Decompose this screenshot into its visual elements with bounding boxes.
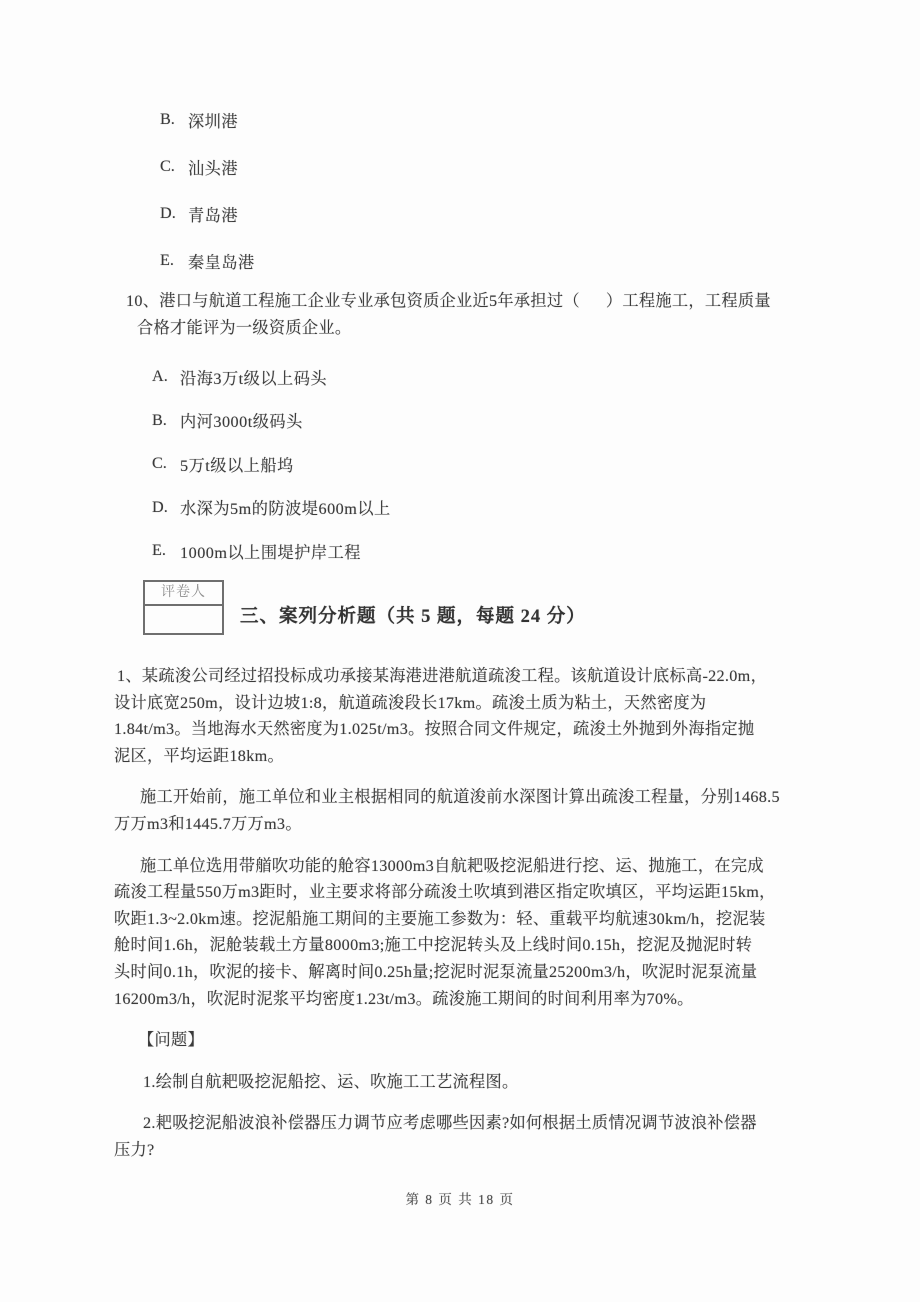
- exam-page: B. 深圳港 C. 汕头港 D. 青岛港 E. 秦皇岛港 10、港口与航道工程施…: [0, 0, 920, 1302]
- section-title: 三、案列分析题（共 5 题，每题 24 分）: [240, 602, 586, 632]
- text-line: 施工开始前，施工单位和业主根据相同的航道浚前水深图计算出疏浚工程量，分别1468…: [114, 784, 814, 811]
- text-line: 1.绘制自航耙吸挖泥船挖、运、吹施工工艺流程图。: [114, 1069, 814, 1096]
- option-letter: C.: [152, 454, 180, 473]
- option-row-b: B. 深圳港: [160, 96, 255, 143]
- question-10-stem-line-2: 合格才能评为一级资质企业。: [123, 315, 823, 342]
- option-text: 沿海3万t级以上码头: [180, 365, 327, 389]
- text-line: 泥区，平均运距18km。: [114, 743, 814, 770]
- text-line: 施工单位选用带艏吹功能的舱容13000m3自航耙吸挖泥船进行挖、运、抛施工，在完…: [114, 853, 814, 880]
- option-text: 汕头港: [188, 155, 238, 179]
- option-row-a: A. 沿海3万t级以上码头: [152, 355, 391, 399]
- option-letter: A.: [152, 367, 180, 386]
- text-line: 舱时间1.6h，泥舱装载土方量8000m3;施工中挖泥转头及上线时间0.15h，…: [114, 932, 814, 959]
- option-text: 青岛港: [188, 202, 238, 226]
- case-question-1: 1、某疏浚公司经过招投标成功承接某海港进港航道疏浚工程。该航道设计底标高-22.…: [114, 663, 814, 1179]
- option-letter: E.: [152, 541, 180, 560]
- text-line: 1、某疏浚公司经过招投标成功承接某海港进港航道疏浚工程。该航道设计底标高-22.…: [114, 663, 814, 690]
- text-line: 1.84t/m3。当地海水天然密度为1.025t/m3。按照合同文件规定，疏浚土…: [114, 716, 814, 743]
- option-row-e: E. 1000m以上围堤护岸工程: [152, 529, 391, 573]
- option-row-b: B. 内河3000t级码头: [152, 399, 391, 443]
- option-letter: C.: [160, 157, 188, 176]
- question-10-options: A. 沿海3万t级以上码头 B. 内河3000t级码头 C. 5万t级以上船坞 …: [152, 355, 391, 573]
- option-row-e: E. 秦皇岛港: [160, 237, 255, 284]
- case-paragraph-2: 施工开始前，施工单位和业主根据相同的航道浚前水深图计算出疏浚工程量，分别1468…: [114, 784, 814, 837]
- question-10-stem: 10、港口与航道工程施工企业专业承包资质企业近5年承担过（ ）工程施工，工程质量…: [123, 288, 823, 341]
- option-text: 深圳港: [188, 108, 238, 132]
- grader-score-cell: [145, 606, 222, 633]
- text-line: 设计底宽250m，设计边坡1:8，航道疏浚段长17km。疏浚土质为粘土，天然密度…: [114, 690, 814, 717]
- option-letter: B.: [160, 110, 188, 129]
- text-line: 16200m3/h，吹泥时泥浆平均密度1.23t/m3。疏浚施工期间的时间利用率…: [114, 986, 814, 1013]
- text-line: 头时间0.1h，吹泥的接卡、解离时间0.25h量;挖泥时泥泵流量25200m3/…: [114, 959, 814, 986]
- text-line: 万万m3和1445.7万万m3。: [114, 811, 814, 838]
- problem-header: 【问题】: [114, 1027, 814, 1054]
- page-number: 第 8 页 共 18 页: [0, 1190, 920, 1210]
- case-paragraph-1: 1、某疏浚公司经过招投标成功承接某海港进港航道疏浚工程。该航道设计底标高-22.…: [114, 663, 814, 769]
- option-text: 5万t级以上船坞: [180, 452, 294, 476]
- text-line: 压力?: [114, 1137, 814, 1164]
- text-line: 2.耙吸挖泥船波浪补偿器压力调节应考虑哪些因素?如何根据土质情况调节波浪补偿器: [114, 1110, 814, 1137]
- option-row-d: D. 水深为5m的防波堤600m以上: [152, 486, 391, 530]
- case-paragraph-3: 施工单位选用带艏吹功能的舱容13000m3自航耙吸挖泥船进行挖、运、抛施工，在完…: [114, 853, 814, 1013]
- text-line: 疏浚工程量550万m3距时，业主要求将部分疏浚土吹填到港区指定吹填区，平均运距1…: [114, 879, 814, 906]
- grader-label: 评卷人: [145, 582, 222, 606]
- question-10-stem-line-1: 10、港口与航道工程施工企业专业承包资质企业近5年承担过（ ）工程施工，工程质量: [123, 288, 823, 315]
- text-line: 吹距1.3~2.0km速。挖泥船施工期间的主要施工参数为：轻、重载平均航速30k…: [114, 906, 814, 933]
- option-text: 秦皇岛港: [188, 249, 255, 273]
- option-letter: E.: [160, 251, 188, 270]
- option-letter: D.: [160, 204, 188, 223]
- option-text: 内河3000t级码头: [180, 408, 303, 432]
- option-row-d: D. 青岛港: [160, 190, 255, 237]
- sub-question-1: 1.绘制自航耙吸挖泥船挖、运、吹施工工艺流程图。: [114, 1069, 814, 1096]
- grader-score-box: 评卷人: [143, 580, 224, 635]
- option-row-c: C. 汕头港: [160, 143, 255, 190]
- option-text: 1000m以上围堤护岸工程: [180, 539, 361, 563]
- text-line: 【问题】: [114, 1027, 814, 1054]
- option-text: 水深为5m的防波堤600m以上: [180, 495, 391, 519]
- option-letter: D.: [152, 498, 180, 517]
- option-letter: B.: [152, 411, 180, 430]
- prev-question-options: B. 深圳港 C. 汕头港 D. 青岛港 E. 秦皇岛港: [160, 96, 255, 284]
- option-row-c: C. 5万t级以上船坞: [152, 442, 391, 486]
- sub-question-2: 2.耙吸挖泥船波浪补偿器压力调节应考虑哪些因素?如何根据土质情况调节波浪补偿器 …: [114, 1110, 814, 1163]
